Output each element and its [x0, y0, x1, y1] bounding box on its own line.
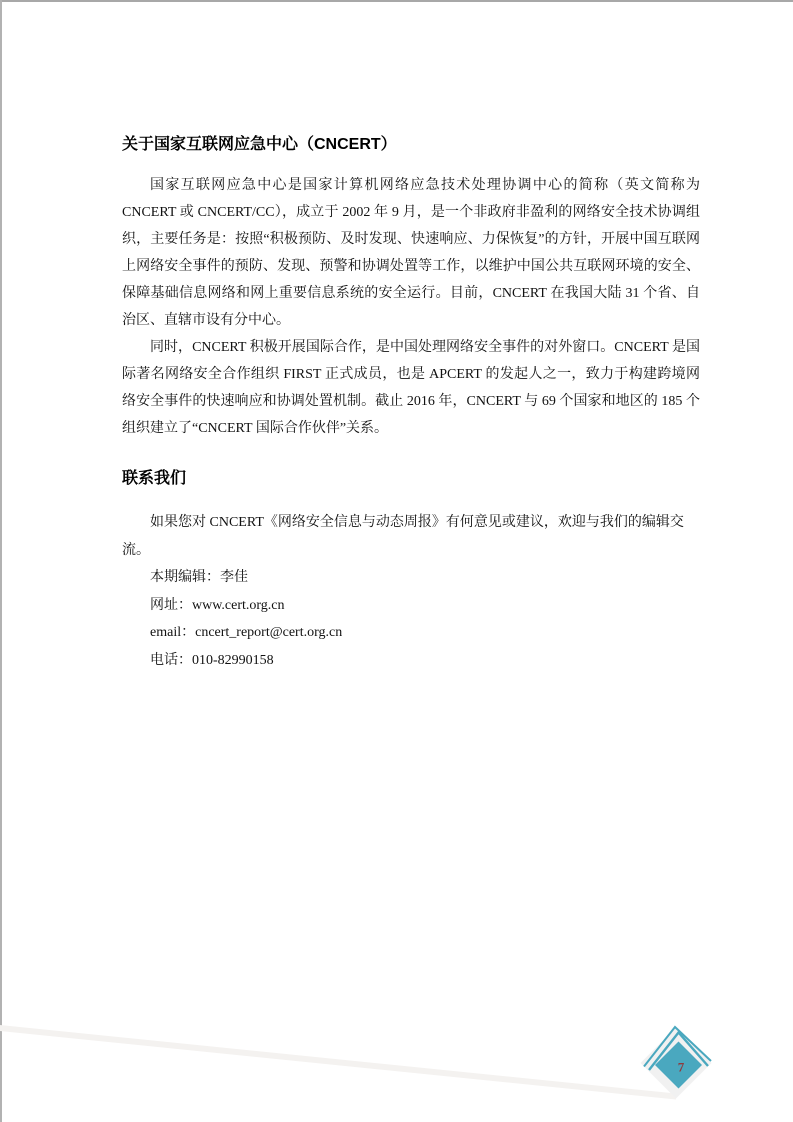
contact-phone-line: 电话：010-82990158: [122, 647, 700, 675]
contact-website-value: www.cert.org.cn: [192, 598, 285, 613]
contact-phone-label: 电话：: [150, 653, 192, 668]
contact-section-heading: 联系我们: [122, 469, 700, 489]
page-left-border: [0, 0, 2, 1122]
footer-decoration: 7: [0, 1000, 793, 1122]
page-content: 关于国家互联网应急中心（CNCERT） 国家互联网应急中心是国家计算机网络应急技…: [122, 135, 700, 674]
contact-editor-value: 李佳: [220, 570, 248, 585]
footer-decoration-svg: 7: [0, 1000, 793, 1122]
diagonal-ribbon: [0, 1025, 676, 1100]
contact-website-line: 网址：www.cert.org.cn: [122, 592, 700, 620]
contact-email-line: email：cncert_report@cert.org.cn: [122, 619, 700, 647]
contact-editor-label: 本期编辑：: [150, 570, 220, 585]
contact-intro: 如果您对 CNCERT《网络安全信息与动态周报》有何意见或建议，欢迎与我们的编辑…: [122, 509, 700, 564]
about-paragraph-1: 国家互联网应急中心是国家计算机网络应急技术处理协调中心的简称（英文简称为 CNC…: [122, 172, 700, 334]
contact-editor-line: 本期编辑：李佳: [122, 564, 700, 592]
about-section-heading: 关于国家互联网应急中心（CNCERT）: [122, 135, 700, 155]
contact-email-value: cncert_report@cert.org.cn: [195, 625, 342, 640]
about-paragraph-2: 同时，CNCERT 积极开展国际合作，是中国处理网络安全事件的对外窗口。CNCE…: [122, 334, 700, 442]
document-page: { "page": { "number": "7", "colors": { "…: [0, 0, 793, 1122]
page-number: 7: [678, 1060, 685, 1075]
contact-phone-value: 010-82990158: [192, 653, 274, 668]
contact-website-label: 网址：: [150, 598, 192, 613]
page-top-border: [0, 0, 793, 2]
contact-email-label: email：: [150, 625, 195, 640]
